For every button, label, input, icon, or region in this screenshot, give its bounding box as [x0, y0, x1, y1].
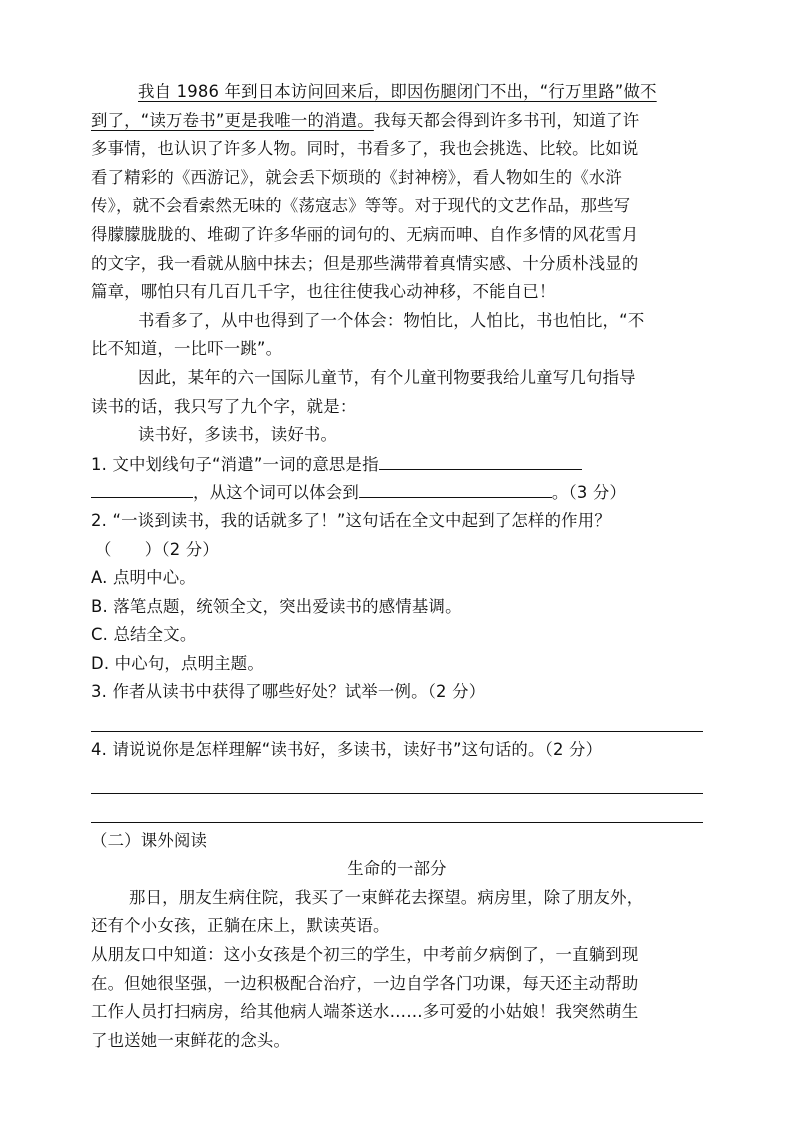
- question-text: 1. 文中划线句子“消遣”一词的意思是指: [91, 455, 379, 474]
- question-text: ，从这个词可以体会到: [193, 483, 359, 502]
- option-d[interactable]: D. 中心句，点明主题。: [91, 650, 703, 679]
- passage-line: 看了精彩的《西游记》，就会丢下烦琐的《封神榜》，看人物如生的《水浒: [91, 164, 703, 193]
- question-3: 3. 作者从读书中获得了哪些好处？试举一例。（2 分）: [91, 678, 703, 707]
- passage-line: 篇章，哪怕只有几百几千字，也往往使我心动神移，不能自已！: [91, 278, 703, 307]
- option-a[interactable]: A. 点明中心。: [91, 564, 703, 593]
- section-heading: （二）课外阅读: [91, 827, 703, 856]
- question-2: 2. “一谈到读书，我的话就多了！”这句话在全文中起到了怎样的作用？: [91, 507, 703, 536]
- passage-line: 在。但她很坚强，一边积极配合治疗，一边自学各门功课，每天还主动帮助: [91, 970, 703, 999]
- option-b[interactable]: B. 落笔点题，统领全文，突出爱读书的感情基调。: [91, 593, 703, 622]
- question-1-cont: ，从这个词可以体会到。（3 分）: [91, 478, 703, 507]
- underlined-sentence: 到了，“读万卷书”更是我唯一的消遣。: [91, 111, 374, 130]
- passage-line: 读书的话，我只写了九个字，就是：: [91, 393, 703, 422]
- passage-line: 书看多了，从中也得到了一个体会：物怕比，人怕比，书也怕比，“不: [91, 307, 703, 336]
- passage-line: 因此，某年的六一国际儿童节，有个儿童刊物要我给儿童写几句指导: [91, 364, 703, 393]
- passage-line: 那日，朋友生病住院，我买了一束鲜花去探望。病房里，除了朋友外，: [91, 884, 703, 913]
- passage-line: 比不知道，一比吓一跳”。: [91, 335, 703, 364]
- passage-line: 从朋友口中知道：这小女孩是个初三的学生，中考前夕病倒了，一直躺到现: [91, 941, 703, 970]
- passage-line: 的文字，我一看就从脑中抹去；但是那些满带着真情实感、十分质朴浅显的: [91, 250, 703, 279]
- answer-blank[interactable]: [359, 478, 552, 498]
- answer-blank[interactable]: [379, 450, 582, 470]
- exam-page: 我自 1986 年到日本访问回来后，即因伤腿闭门不出，“行万里路”做不 到了，“…: [91, 78, 703, 1055]
- article-title: 生命的一部分: [91, 855, 703, 884]
- passage-text: 我每天都会得到许多书刊，知道了许: [374, 111, 639, 130]
- passage-line: 得朦朦胧胧的、堆砌了许多华丽的词句的、无病而呻、自作多情的风花雪月: [91, 221, 703, 250]
- passage-line: 到了，“读万卷书”更是我唯一的消遣。我每天都会得到许多书刊，知道了许: [91, 107, 703, 136]
- passage-line: 了也送她一束鲜花的念头。: [91, 1027, 703, 1056]
- passage-line: 多事情，也认识了许多人物。同时，书看多了，我也会挑选、比较。比如说: [91, 135, 703, 164]
- question-4: 4. 请说说你是怎样理解“读书好，多读书，读好书”这句话的。（2 分）: [91, 736, 703, 765]
- underlined-sentence: 我自 1986 年到日本访问回来后，即因伤腿闭门不出，“行万里路”做不: [138, 82, 657, 101]
- question-score: 。（3 分）: [552, 483, 626, 502]
- answer-bracket[interactable]: （ ）（2 分）: [91, 536, 703, 565]
- question-1: 1. 文中划线句子“消遣”一词的意思是指: [91, 450, 703, 479]
- answer-line[interactable]: [91, 707, 703, 732]
- answer-blank[interactable]: [91, 478, 193, 498]
- answer-line[interactable]: [91, 794, 703, 823]
- passage-line: 我自 1986 年到日本访问回来后，即因伤腿闭门不出，“行万里路”做不: [91, 78, 703, 107]
- answer-line[interactable]: [91, 765, 703, 794]
- passage-line: 传》，就不会看索然无味的《荡寇志》等等。对于现代的文艺作品，那些写: [91, 192, 703, 221]
- passage-line: 还有个小女孩，正躺在床上，默读英语。: [91, 912, 703, 941]
- passage-line: 工作人员打扫病房，给其他病人端茶送水……多可爱的小姑娘！我突然萌生: [91, 998, 703, 1027]
- motto-line: 读书好，多读书，读好书。: [91, 421, 703, 450]
- option-c[interactable]: C. 总结全文。: [91, 621, 703, 650]
